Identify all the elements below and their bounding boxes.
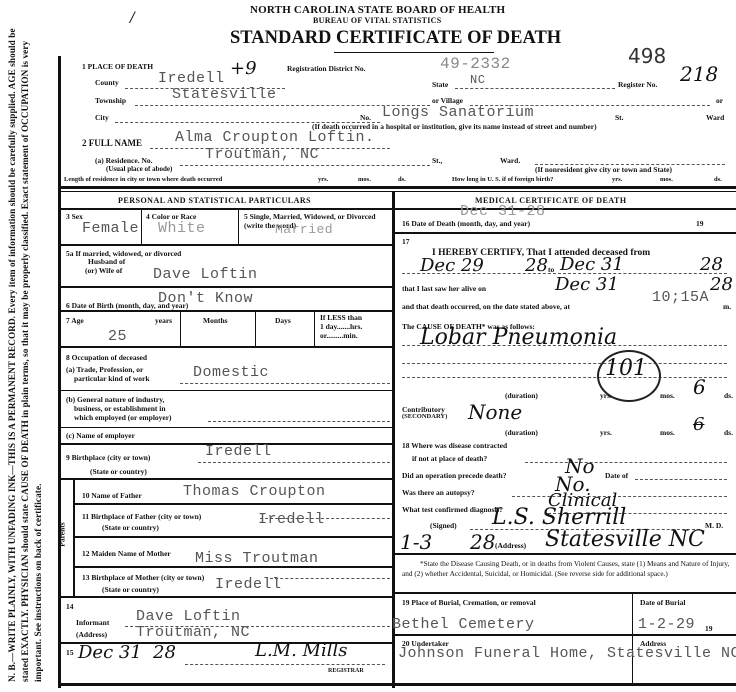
- certify-number: 17: [402, 237, 410, 246]
- rule: [73, 503, 392, 505]
- column-divider: [392, 192, 395, 688]
- agency-title: NORTH CAROLINA STATE BOARD OF HEALTH: [250, 4, 505, 16]
- burial-date-label: Date of Burial: [640, 598, 685, 607]
- burial-date-19: 19: [705, 624, 713, 633]
- signed-label: (Signed): [430, 521, 457, 530]
- age-years-label: years: [155, 316, 172, 325]
- months-label: Months: [203, 316, 228, 325]
- trade-label-1: (a) Trade, Profession, or: [66, 365, 143, 374]
- residence-value: Troutman, NC: [205, 146, 319, 163]
- county-mark: +9: [230, 58, 257, 79]
- attended-from-year: 28: [525, 255, 548, 276]
- birthplace-label: 9 Birthplace (city or town): [66, 453, 150, 462]
- place-of-death-label: 1 PLACE OF DEATH: [82, 62, 153, 71]
- burial-date-value: 1-2-29: [638, 616, 695, 633]
- attended-from: Dec 29: [420, 255, 484, 276]
- rule: [395, 553, 736, 555]
- cause-line-2: [402, 363, 727, 364]
- rule: [255, 310, 256, 346]
- side-instruction-note: N. B.—WRITE PLAINLY, WITH UNFADING INK—T…: [0, 0, 56, 692]
- registration-district-value: 49-2332: [440, 55, 511, 73]
- section-divider: [58, 186, 736, 189]
- last-saw-year: 28: [710, 274, 733, 295]
- days-label: Days: [275, 316, 291, 325]
- doctor-address-label: (Address): [495, 541, 526, 550]
- contributory-mos-label: mos.: [660, 428, 675, 437]
- father-label: 10 Name of Father: [82, 491, 142, 500]
- trade-line: [180, 383, 390, 384]
- full-name-value: Alma Croupton Loftin.: [175, 129, 375, 146]
- rule: [58, 346, 392, 348]
- dod-label: 16 Date of Death (month, day, and year): [402, 219, 530, 228]
- filed-number: 15: [66, 648, 74, 657]
- rule: [58, 683, 736, 686]
- time-value: 10;15A: [652, 289, 709, 306]
- residence-st-label: St.,: [432, 156, 442, 165]
- doctor-address-value: Statesville NC: [545, 527, 705, 552]
- cause-yrs-label: yrs.: [600, 391, 612, 400]
- less-than-label-1: If LESS than: [320, 313, 362, 322]
- rule: [141, 208, 142, 244]
- cause-duration-days: 6: [693, 375, 706, 399]
- cause-value: Lobar Pneumonia: [420, 325, 617, 350]
- dod-value: Dec 31-28: [460, 203, 546, 220]
- secondary-label: (SECONDARY): [402, 413, 447, 420]
- st-label: St.: [615, 113, 624, 122]
- informant-address-value: Troutman, NC: [136, 624, 250, 641]
- length-ds-label: ds.: [398, 176, 406, 183]
- father-value: Thomas Croupton: [183, 483, 326, 500]
- foreign-yrs-label: yrs.: [612, 176, 622, 183]
- cause-duration-label: (duration): [505, 391, 538, 400]
- burial-place-label: 19 Place of Burial, Cremation, or remova…: [402, 598, 536, 607]
- rule: [395, 208, 736, 210]
- signed-date: 1-3: [400, 530, 432, 554]
- autopsy-line: [512, 496, 727, 497]
- less-than-label-2: 1 day.......hrs.: [320, 322, 362, 331]
- corner-mark: /: [130, 10, 135, 26]
- nonresident-note: (If nonresident give city or town and St…: [535, 165, 672, 174]
- rule: [395, 232, 736, 234]
- contributory-ds-label: ds.: [724, 428, 733, 437]
- rule: [632, 592, 633, 683]
- contributory-value: None: [468, 400, 522, 424]
- autopsy-label: Was there an autopsy?: [402, 488, 475, 497]
- age-value: 25: [108, 328, 127, 345]
- rule: [395, 634, 736, 636]
- rule: [314, 310, 315, 346]
- foreign-birth-label: How long in U. S. if of foreign birth?: [452, 176, 553, 183]
- cause-ds-label: ds.: [724, 391, 733, 400]
- rule: [58, 244, 392, 246]
- certificate-title: STANDARD CERTIFICATE OF DEATH: [230, 28, 561, 49]
- rule: [58, 478, 392, 480]
- ward-label: Ward: [706, 113, 724, 122]
- filed-date: Dec 31: [78, 642, 142, 663]
- to-label: to: [548, 265, 554, 274]
- mother-birthplace-label: 13 Birthplace of Mother (city or town): [82, 573, 204, 582]
- no-label: No.: [360, 113, 371, 122]
- contracted-line: [525, 462, 727, 463]
- contributory-duration: 6: [693, 414, 704, 435]
- rule: [58, 208, 392, 210]
- cause-line-3: [402, 377, 727, 378]
- mother-state-label: (State or country): [102, 585, 159, 594]
- registrar-label: REGISTRAR: [328, 668, 364, 674]
- registration-district-label: Registration District No.: [287, 64, 366, 73]
- date-of-label: Date of: [605, 471, 628, 480]
- date-of-line: [635, 479, 727, 480]
- city-label: City: [95, 113, 109, 122]
- contributory-yrs-label: yrs.: [600, 428, 612, 437]
- last-saw-label: that I last saw her alive on: [402, 284, 486, 293]
- filed-year: 28: [153, 642, 176, 663]
- father-birthplace-label: 11 Birthplace of Father (city or town): [82, 512, 201, 521]
- section-divider-2: [58, 191, 736, 192]
- rule: [238, 208, 239, 244]
- operation-label: Did an operation precede death?: [402, 471, 506, 480]
- or-label: or: [716, 96, 723, 105]
- industry-label-3: which employed (or employer): [74, 413, 172, 422]
- rule: [73, 566, 392, 568]
- informant-label: Informant: [76, 618, 109, 627]
- county-value: Iredell: [158, 70, 225, 87]
- personal-section-title: PERSONAL AND STATISTICAL PARTICULARS: [118, 196, 311, 205]
- mother-value: Miss Troutman: [195, 550, 319, 567]
- trade-label-2: particular kind of work: [74, 374, 150, 383]
- rule: [58, 310, 392, 312]
- occurred-label: and that death occurred, on the date sta…: [402, 302, 570, 311]
- residence-label: (a) Residence. No.: [95, 156, 153, 165]
- side-instruction-text: N. B.—WRITE PLAINLY, WITH UNFADING INK—T…: [0, 0, 56, 692]
- rule: [395, 592, 736, 594]
- birthplace-value: Iredell: [205, 443, 272, 460]
- parents-label: Parents: [58, 522, 67, 546]
- institution-value: Longs Sanatorium: [382, 104, 534, 121]
- state-line: [455, 88, 615, 89]
- residence-line: [180, 165, 430, 166]
- occupation-label: 8 Occupation of deceased: [66, 353, 147, 362]
- residence-sublabel: (Usual place of abode): [106, 165, 172, 173]
- signed-year: 28: [470, 530, 495, 554]
- full-name-label: 2 FULL NAME: [82, 138, 142, 148]
- mother-birthplace-value: Iredell: [215, 576, 282, 593]
- contracted-label-1: 18 Where was disease contracted: [402, 441, 507, 450]
- length-of-residence-label: Length of residence in city or town wher…: [64, 176, 222, 183]
- burial-place-value: Bethel Cemetery: [392, 616, 535, 633]
- state-label: State: [432, 80, 448, 89]
- dod-19: 19: [696, 219, 704, 228]
- mother-birthplace-line: [270, 578, 390, 579]
- dob-value: Don't Know: [158, 290, 253, 307]
- last-saw-value: Dec 31: [555, 274, 619, 295]
- birthplace-line: [198, 462, 390, 463]
- bureau-title: BUREAU OF VITAL STATISTICS: [313, 16, 442, 25]
- color-value: White: [158, 220, 206, 237]
- employer-label: (c) Name of employer: [66, 431, 135, 440]
- attended-to-year: 28: [700, 254, 723, 275]
- residence-ward-label: Ward.: [500, 156, 520, 165]
- informant-number: 14: [66, 602, 74, 611]
- register-value: 218: [680, 62, 718, 86]
- rule: [73, 536, 392, 538]
- rule: [58, 427, 392, 428]
- state-value: NC: [470, 73, 485, 87]
- test-label: What test confirmed diagnosis?: [402, 505, 503, 514]
- father-birthplace-value: Iredell: [258, 511, 325, 528]
- less-than-label-3: or.........min.: [320, 331, 358, 340]
- foreign-mos-label: mos.: [660, 176, 673, 183]
- registrar-signature: L.M. Mills: [255, 640, 348, 661]
- spouse-label-2: Husband of: [88, 257, 125, 266]
- industry-label-1: (b) General nature of industry,: [66, 395, 164, 404]
- industry-line: [208, 421, 390, 422]
- birthplace-state-label: (State or country): [90, 467, 147, 476]
- contracted-label-2: if not at place of death?: [412, 454, 487, 463]
- register-label: Register No.: [618, 80, 657, 89]
- county-label: County: [95, 78, 119, 87]
- mother-label: 12 Maiden Name of Mother: [82, 549, 171, 558]
- length-mos-label: mos.: [358, 176, 371, 183]
- cause-mos-label: mos.: [660, 391, 675, 400]
- rule: [180, 310, 181, 346]
- age-label: 7 Age: [66, 316, 84, 325]
- industry-label-2: business, or establishment in: [74, 404, 166, 413]
- undertaker-value: Johnson Funeral Home, Statesville NC: [398, 645, 736, 662]
- rule: [58, 286, 392, 288]
- cause-code: 101: [605, 356, 647, 381]
- md-label: M. D.: [705, 521, 723, 530]
- informant-value: Dave Loftin: [136, 608, 241, 625]
- length-yrs-label: yrs.: [318, 176, 328, 183]
- contributory-duration-label: (duration): [505, 428, 538, 437]
- spouse-value: Dave Loftin: [153, 266, 258, 283]
- m-label: m.: [723, 302, 731, 311]
- township-label: Township: [95, 96, 126, 105]
- informant-address-label: (Address): [76, 630, 107, 639]
- cause-footnote: *State the Disease Causing Death, or in …: [402, 559, 732, 578]
- attended-to: Dec 31: [560, 254, 624, 275]
- rule: [58, 390, 392, 391]
- trade-value: Domestic: [193, 364, 269, 381]
- rule: [58, 596, 392, 598]
- sex-label: 3 Sex: [66, 212, 83, 221]
- township-value: Statesville: [172, 86, 277, 103]
- registrar-line: [185, 664, 385, 665]
- father-state-label: (State or country): [102, 523, 159, 532]
- spouse-label-3: (or) Wife of: [85, 266, 122, 275]
- foreign-ds-label: ds.: [714, 176, 722, 183]
- title-underline: [334, 52, 494, 53]
- sex-value: Female: [82, 220, 139, 237]
- marital-value: Married: [275, 222, 333, 237]
